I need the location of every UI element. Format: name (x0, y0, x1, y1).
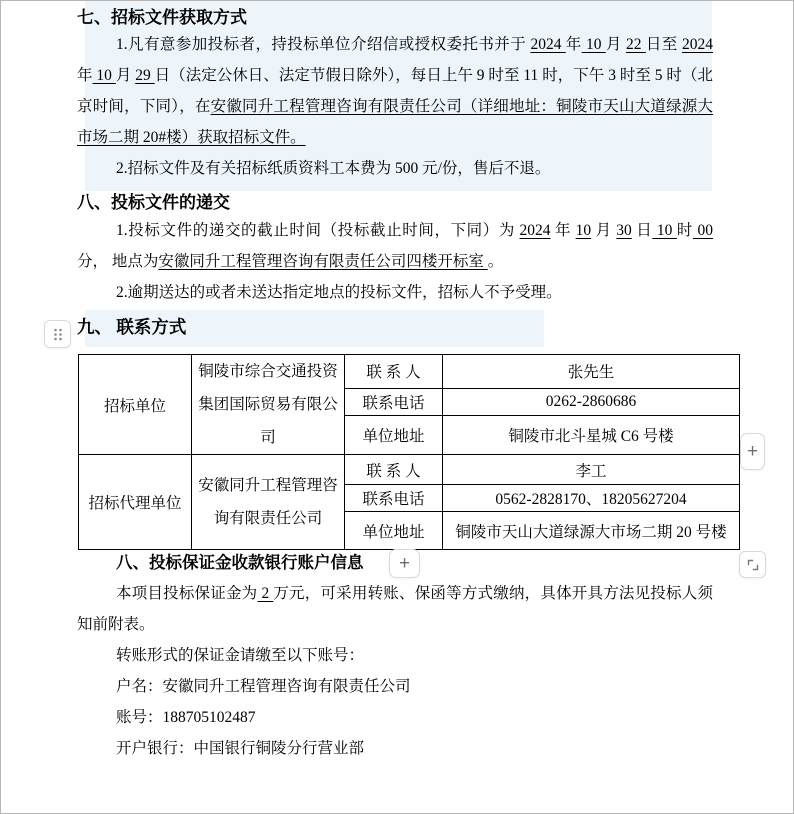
cell-key[interactable]: 联 系 人 (345, 355, 443, 389)
cell-value[interactable]: 张先生 (443, 355, 740, 389)
cell-unit-label[interactable]: 招标代理单位 (79, 455, 192, 550)
para-bank-name[interactable]: 开户银行：中国银行铜陵分行营业部 (77, 733, 713, 764)
para-deposit-1[interactable]: 本项目投标保证金为 2 万元，可采用转账、保函等方式缴纳，具体开具方法见投标人须… (77, 578, 713, 640)
table-row[interactable]: 招标单位 铜陵市综合交通投资集团国际贸易有限公司 联 系 人 张先生 (79, 355, 740, 389)
expand-button[interactable] (739, 551, 766, 578)
cell-value[interactable]: 李工 (443, 455, 740, 485)
para-submission-2[interactable]: 2.逾期送达的或者未送达指定地点的投标文件，招标人不予受理。 (77, 277, 713, 308)
cell-key[interactable]: 联 系 人 (345, 455, 443, 485)
para-submission-1[interactable]: 1.投标文件的递交的截止时间（投标截止时间，下同）为 2024 年 10 月 3… (77, 215, 713, 277)
block-drag-handle[interactable] (44, 320, 71, 348)
cell-key[interactable]: 联系电话 (345, 388, 443, 415)
heading-contact-info[interactable]: 九、 联系方式 (77, 314, 186, 341)
cell-key[interactable]: 单位地址 (345, 512, 443, 550)
cell-key[interactable]: 联系电话 (345, 485, 443, 512)
cell-value[interactable]: 0562-2828170、18205627204 (443, 485, 740, 512)
cell-value[interactable]: 铜陵市北斗星城 C6 号楼 (443, 416, 740, 455)
contact-table[interactable]: 招标单位 铜陵市综合交通投资集团国际贸易有限公司 联 系 人 张先生 联系电话 … (78, 354, 740, 550)
cell-value[interactable]: 铜陵市天山大道绿源大市场二期 20 号楼 (443, 512, 740, 550)
cell-unit-name[interactable]: 铜陵市综合交通投资集团国际贸易有限公司 (192, 355, 345, 455)
cell-value[interactable]: 0262-2860686 (443, 388, 740, 415)
document-page[interactable]: { "section7": { "heading": "七、招标文件获取方式",… (0, 0, 794, 814)
para-account-number[interactable]: 账号：188705102487 (77, 702, 713, 733)
para-account-name[interactable]: 户名：安徽同升工程管理咨询有限责任公司 (77, 671, 713, 702)
para-deposit-2[interactable]: 转账形式的保证金请缴至以下账号： (77, 640, 713, 671)
cell-unit-label[interactable]: 招标单位 (79, 355, 192, 455)
para-obtain-1[interactable]: 1.凡有意参加投标者，持投标单位介绍信或授权委托书并于 2024 年 10 月 … (77, 29, 713, 153)
table-add-column-button[interactable]: + (740, 433, 765, 470)
insert-block-button[interactable]: + (389, 549, 420, 578)
heading-deposit-account[interactable]: 八、投标保证金收款银行账户信息 (116, 549, 364, 576)
expand-icon (746, 558, 760, 572)
six-dots-icon (52, 327, 64, 342)
heading-obtain-documents[interactable]: 七、招标文件获取方式 (77, 4, 247, 31)
cell-key[interactable]: 单位地址 (345, 416, 443, 455)
plus-icon: + (399, 554, 410, 573)
heading-bid-submission[interactable]: 八、投标文件的递交 (77, 189, 230, 216)
table-row[interactable]: 招标代理单位 安徽同升工程管理咨询有限责任公司 联 系 人 李工 (79, 455, 740, 485)
plus-icon: + (747, 442, 758, 461)
cell-unit-name[interactable]: 安徽同升工程管理咨询有限责任公司 (192, 455, 345, 550)
para-obtain-2[interactable]: 2.招标文件及有关招标纸质资料工本费为 500 元/份，售后不退。 (77, 153, 713, 184)
